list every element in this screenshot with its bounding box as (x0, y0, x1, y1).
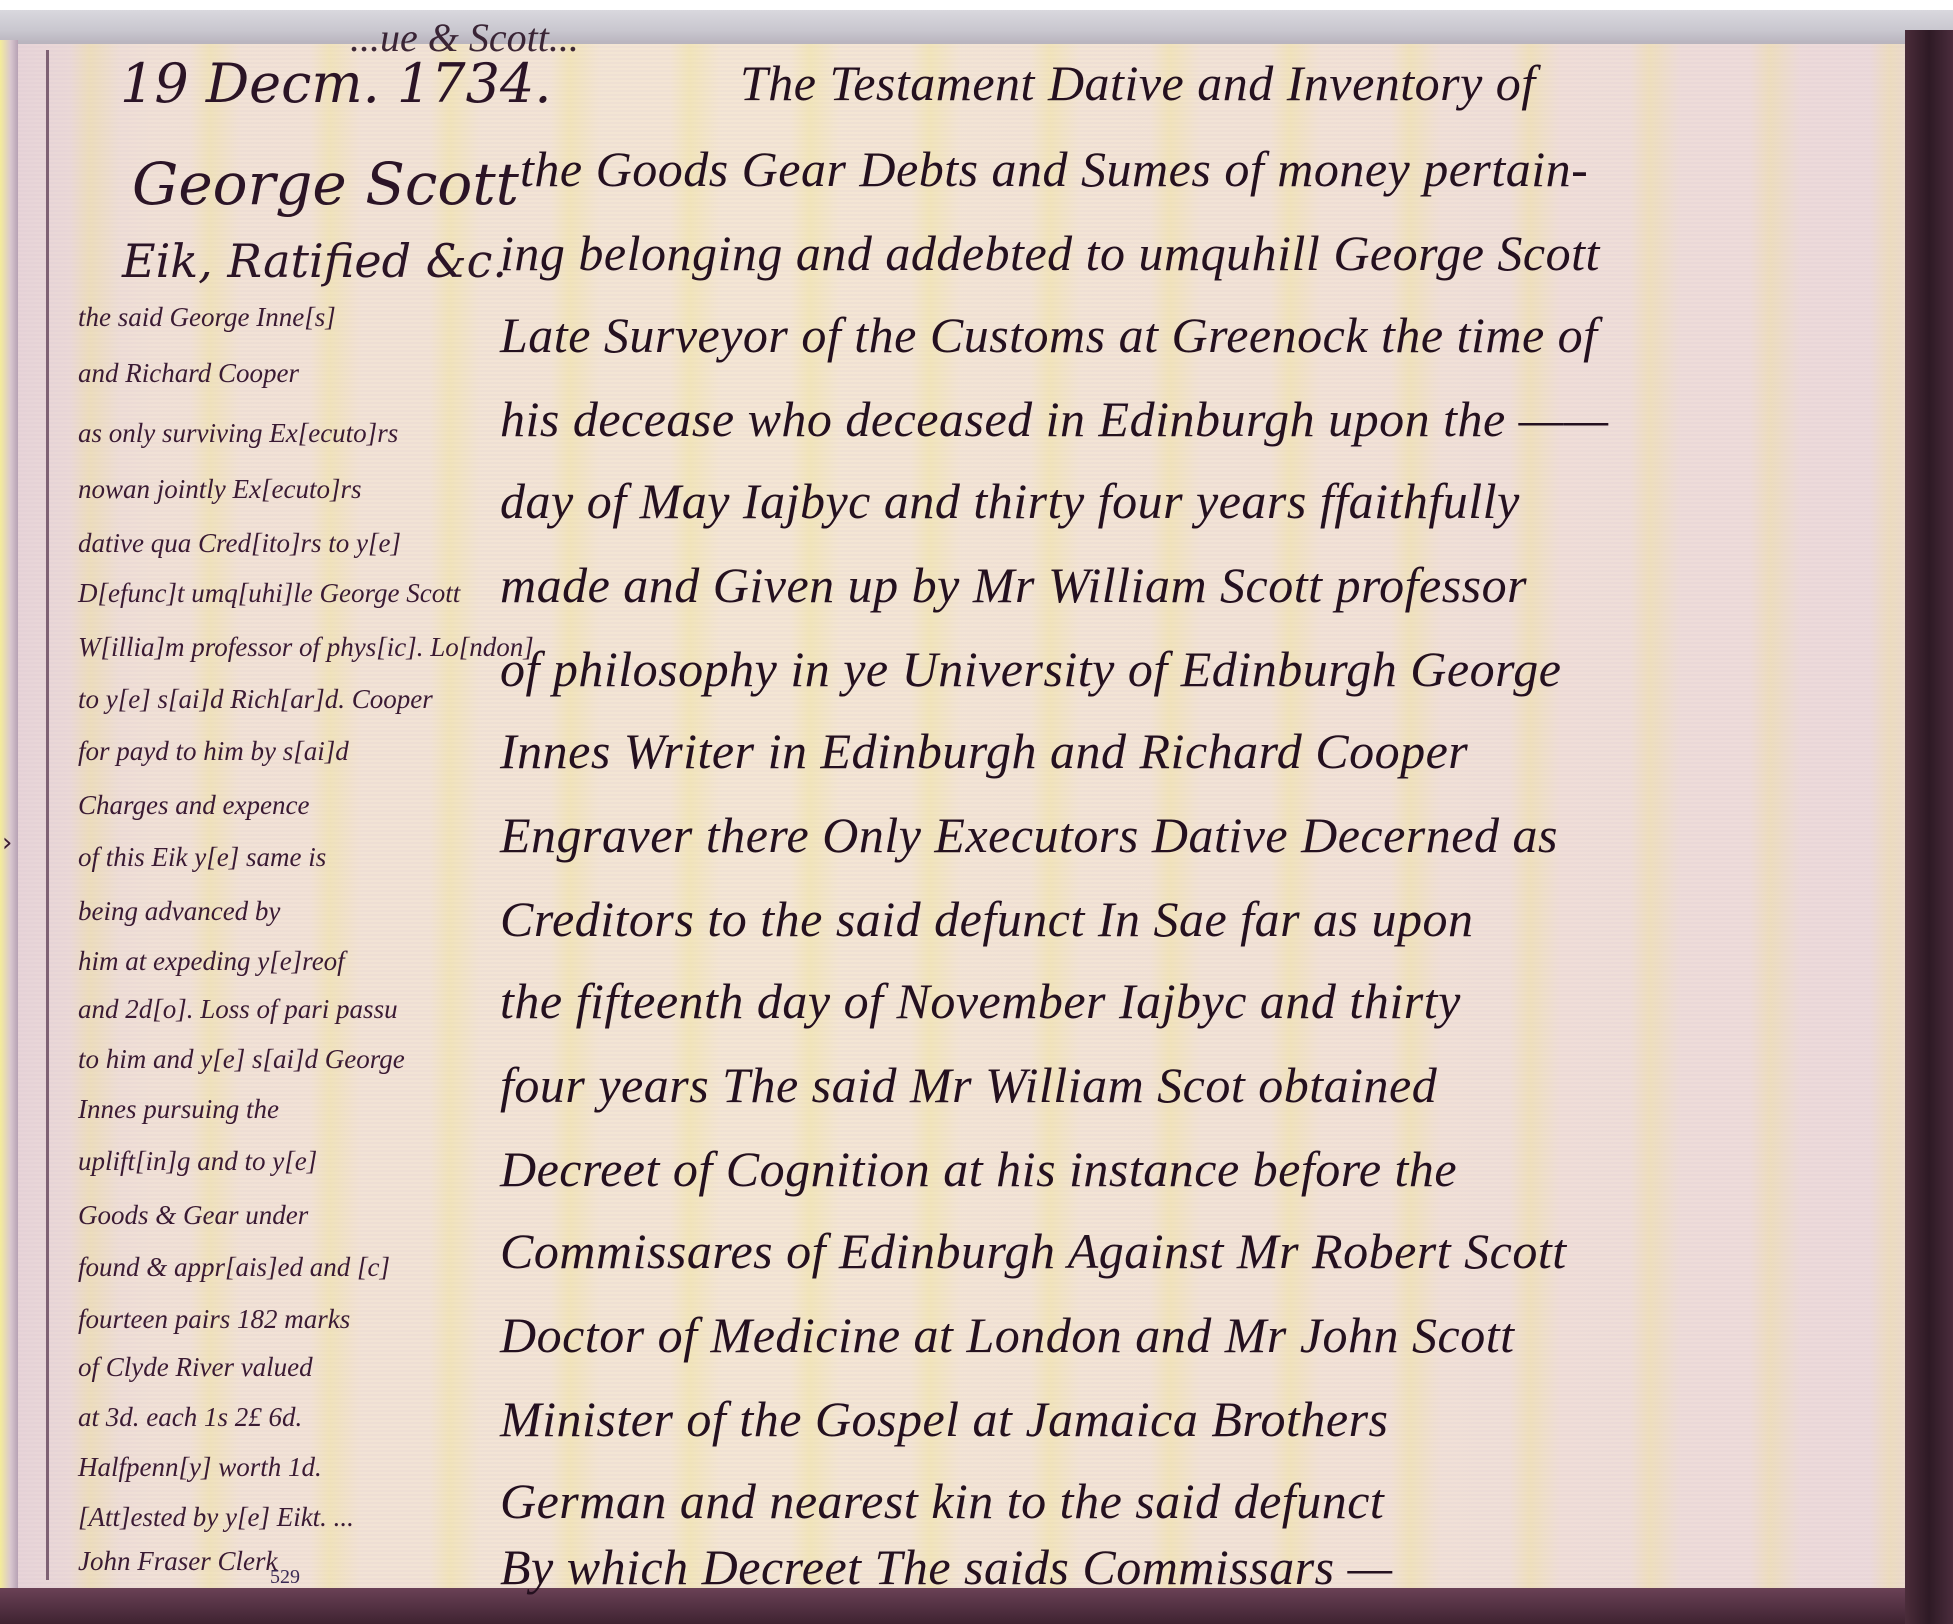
margin-note: Innes pursuing the (78, 1094, 279, 1125)
margin-note: dative qua Cred[ito]rs to y[e] (78, 528, 401, 559)
body-line: the fifteenth day of November Iajbyc and… (500, 972, 1461, 1030)
body-line: of philosophy in ye University of Edinbu… (500, 640, 1561, 698)
left-page-edge (0, 40, 18, 1588)
margin-note: at 3d. each 1s 2£ 6d. (78, 1402, 302, 1433)
margin-note: him at expeding y[e]reof (78, 946, 345, 977)
page-number: 529 (270, 1566, 300, 1589)
margin-note: D[efunc]t umq[uhi]le George Scott (78, 578, 460, 609)
body-line: Engraver there Only Executors Dative Dec… (500, 806, 1558, 864)
page-top-edge (0, 10, 1953, 44)
body-line: German and nearest kin to the said defun… (500, 1472, 1384, 1530)
margin-note: to y[e] s[ai]d Rich[ar]d. Cooper (78, 684, 433, 715)
body-line: By which Decreet The saids Commissars — (500, 1538, 1393, 1596)
body-line: Innes Writer in Edinburgh and Richard Co… (500, 722, 1468, 780)
body-line: Late Surveyor of the Customs at Greenock… (500, 306, 1598, 364)
body-line: ing belonging and addebted to umquhill G… (500, 224, 1600, 282)
body-line: the Goods Gear Debts and Sumes of money … (520, 140, 1588, 198)
margin-note: the said George Inne[s] (78, 302, 336, 333)
body-line: made and Given up by Mr William Scott pr… (500, 556, 1527, 614)
body-line: four years The said Mr William Scot obta… (500, 1056, 1437, 1114)
body-line: Commissares of Edinburgh Against Mr Robe… (500, 1222, 1567, 1280)
margin-note: being advanced by (78, 896, 280, 927)
entry-subtitle: Eik, Ratified &c. (122, 234, 507, 288)
body-line: Decreet of Cognition at his instance bef… (500, 1140, 1457, 1198)
body-line: his decease who deceased in Edinburgh up… (500, 390, 1609, 448)
margin-note: Halfpenn[y] worth 1d. (78, 1452, 322, 1483)
margin-note: as only surviving Ex[ecuto]rs (78, 418, 398, 449)
deceased-name: George Scott (132, 150, 519, 218)
body-line: day of May Iajbyc and thirty four years … (500, 472, 1520, 530)
margin-note: to him and y[e] s[ai]d George (78, 1044, 405, 1075)
book-binding-spine (1905, 30, 1953, 1624)
margin-note: of Clyde River valued (78, 1352, 313, 1383)
margin-note: uplift[in]g and to y[e] (78, 1146, 317, 1177)
margin-note: Goods & Gear under (78, 1200, 308, 1231)
margin-note: John Fraser Clerk (78, 1546, 277, 1577)
margin-note: found & appr[ais]ed and [c] (78, 1252, 390, 1283)
body-line: Doctor of Medicine at London and Mr John… (500, 1306, 1515, 1364)
margin-rule-line (46, 50, 49, 1580)
body-line: The Testament Dative and Inventory of (740, 54, 1536, 112)
margin-note: and 2d[o]. Loss of pari passu (78, 994, 398, 1025)
margin-note: nowan jointly Ex[ecuto]rs (78, 474, 361, 505)
margin-note: W[illia]m professor of phys[ic]. Lo[ndon… (78, 632, 534, 663)
body-line: Creditors to the said defunct In Sae far… (500, 890, 1474, 948)
entry-date: 19 Decm. 1734. (120, 52, 552, 115)
body-line: Minister of the Gospel at Jamaica Brothe… (500, 1390, 1388, 1448)
margin-note: and Richard Cooper (78, 358, 299, 389)
margin-mark: › (2, 828, 12, 858)
margin-note: Charges and expence (78, 790, 309, 821)
margin-note: of this Eik y[e] same is (78, 842, 326, 873)
margin-note: for payd to him by s[ai]d (78, 736, 349, 767)
margin-note: [Att]ested by y[e] Eikt. ... (78, 1502, 354, 1533)
margin-note: fourteen pairs 182 marks (78, 1304, 350, 1335)
